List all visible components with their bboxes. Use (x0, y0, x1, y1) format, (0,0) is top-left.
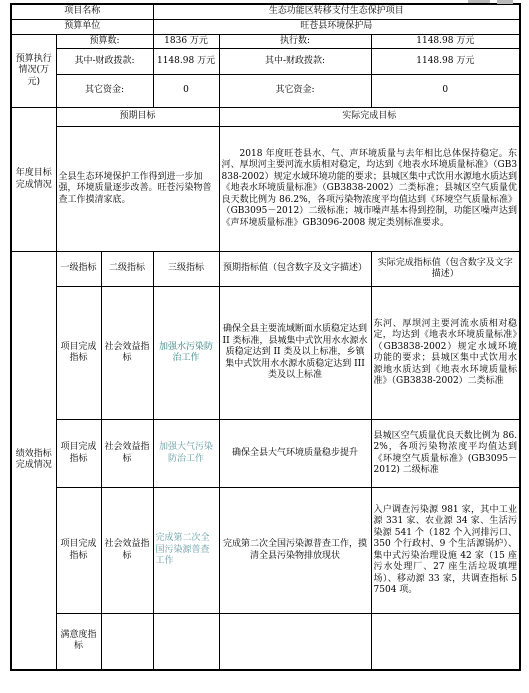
expected-indicator-empty (219, 614, 371, 670)
actual-indicator-header: 实际完成指标值（包含数字及文字描述） (371, 252, 520, 287)
table-row: 绩效指标完成情况 一级指标 二级指标 三级指标 预期指标值（包含数字及文字描述）… (11, 252, 520, 287)
cropped-artifact (468, 0, 490, 3)
budget-section-label: 预算执行情况(万元) (11, 34, 56, 108)
budget-amount-label: 预算数: (56, 34, 153, 49)
level2-indicator: 社会效益指标 (101, 488, 153, 614)
actual-indicator-text: 入户调查污染源 981 家，其中工业源 331 家、农业源 34 家、生活污染源… (371, 488, 520, 614)
level2-indicator: 社会效益指标 (101, 287, 153, 420)
cropped-artifact (497, 0, 513, 4)
fiscal-allocation-label-exec: 其中-财政拨款: (219, 49, 371, 75)
execution-amount-label: 执行数: (219, 34, 371, 49)
level1-indicator: 项目完成指标 (56, 420, 101, 488)
satisfaction-indicator-label: 满意度指标 (56, 614, 101, 670)
actual-indicator-empty (371, 614, 520, 670)
budget-unit-value: 旺苍县环境保护局 (153, 19, 520, 34)
fiscal-allocation-value-exec: 1148.98 万元 (371, 49, 520, 75)
expected-indicator-header: 预期指标值（包含数字及文字描述） (219, 252, 371, 287)
actual-indicator-text: 县城区空气质量优良天数比例为 86.2%，各项污染物浓度平均值达到《环境空气质量… (371, 420, 520, 488)
table-row: 年度目标完成情况 预期目标 实际完成目标 (11, 108, 520, 127)
actual-goal-header: 实际完成目标 (219, 108, 520, 127)
other-funds-value: 0 (153, 75, 219, 108)
table-row: 预算执行情况(万元) 预算数: 1836 万元 执行数: 1148.98 万元 (11, 34, 520, 49)
table-row: 全县生态环境保护工作得到进一步加强，环境质量逐步改善。旺苍污染物普查工作摸清家底… (11, 127, 520, 252)
level2-indicator-empty (101, 614, 153, 670)
other-funds-label-exec: 其它资金: (219, 75, 371, 108)
fiscal-allocation-label: 其中-财政拨款: (56, 49, 153, 75)
level1-header: 一级指标 (56, 252, 101, 287)
other-funds-label: 其它资金: (56, 75, 153, 108)
level3-indicator-empty (153, 614, 219, 670)
level3-header: 三级指标 (153, 252, 219, 287)
fiscal-allocation-value: 1148.98 万元 (153, 49, 219, 75)
table-row: 项目名称 生态功能区转移支付生态保护项目 (11, 4, 520, 19)
level1-indicator: 项目完成指标 (56, 287, 101, 420)
table-row: 其它资金: 0 其它资金: 0 (11, 75, 520, 108)
project-name-label: 项目名称 (11, 4, 153, 19)
expected-indicator-text: 确保全县大气环境质量稳步提升 (219, 420, 371, 488)
level3-indicator: 完成第二次全国污染源普查工作 (153, 488, 219, 614)
budget-amount-value: 1836 万元 (153, 34, 219, 49)
level2-indicator: 社会效益指标 (101, 420, 153, 488)
project-name-value: 生态功能区转移支付生态保护项目 (153, 4, 520, 19)
actual-goal-text: 2018 年度旺苍县水、气、声环境质量与去年相比总体保持稳定。东河、厚坝河主要河… (219, 127, 520, 252)
level1-indicator: 项目完成指标 (56, 488, 101, 614)
expected-goal-header: 预期目标 (56, 108, 219, 127)
level2-header: 二级指标 (101, 252, 153, 287)
table-row: 项目完成指标 社会效益指标 加强水污染防治工作 确保全县主要流域断面水质稳定达到… (11, 287, 520, 420)
level3-indicator: 加强大气污染防治工作 (153, 420, 219, 488)
execution-amount-value: 1148.98 万元 (371, 34, 520, 49)
performance-report-table: 项目名称 生态功能区转移支付生态保护项目 预算单位 旺苍县环境保护局 预算执行情… (10, 3, 521, 671)
budget-unit-label: 预算单位 (11, 19, 153, 34)
level3-indicator: 加强水污染防治工作 (153, 287, 219, 420)
actual-indicator-text: 东河、厚坝河主要河流水质相对稳定，均达到《地表水环境质量标准》（GB3838-2… (371, 287, 520, 420)
performance-section-label: 绩效指标完成情况 (11, 252, 56, 670)
table-row: 项目完成指标 社会效益指标 完成第二次全国污染源普查工作 完成第二次全国污染源普… (11, 488, 520, 614)
table-row: 预算单位 旺苍县环境保护局 (11, 19, 520, 34)
table-row: 其中-财政拨款: 1148.98 万元 其中-财政拨款: 1148.98 万元 (11, 49, 520, 75)
expected-indicator-text: 确保全县主要流域断面水质稳定达到 II 类标准，县城集中式饮用水水源水质稳定达到… (219, 287, 371, 420)
table-row: 满意度指标 (11, 614, 520, 670)
other-funds-value-exec: 0 (371, 75, 520, 108)
annual-goal-section-label: 年度目标完成情况 (11, 108, 56, 252)
expected-indicator-text: 完成第二次全国污染源普查工作，摸清全县污染物排放现状 (219, 488, 371, 614)
table-row: 项目完成指标 社会效益指标 加强大气污染防治工作 确保全县大气环境质量稳步提升 … (11, 420, 520, 488)
expected-goal-text: 全县生态环境保护工作得到进一步加强，环境质量逐步改善。旺苍污染物普查工作摸清家底… (56, 127, 219, 252)
